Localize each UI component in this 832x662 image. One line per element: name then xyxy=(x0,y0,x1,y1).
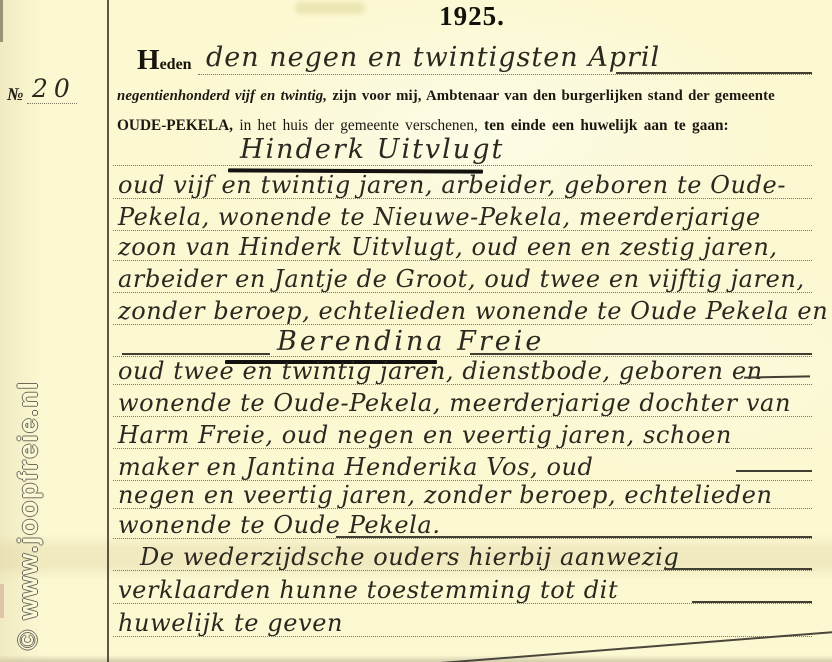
date-handwritten: den negen en twintigsten April xyxy=(206,42,660,74)
intro-line-2: OUDE-PEKELA, in het huis der gemeente ve… xyxy=(117,117,729,135)
handwritten-line: arbeider en Jantje de Groot, oud twee en… xyxy=(118,264,805,294)
handwritten-line: Pekela, wonende te Nieuwe-Pekela, meerde… xyxy=(118,202,761,232)
intro2-middle: in het huis der gemeente verschenen, xyxy=(233,117,484,134)
ink-bleed-smudge xyxy=(295,2,365,14)
handwritten-line: verklaarden hunne toestemming tot dit xyxy=(118,575,618,605)
scan-edge-artifact xyxy=(0,0,3,42)
intro-year-words: negentienhonderd vijf en twintig, xyxy=(117,88,327,104)
baseline-rule xyxy=(113,636,812,637)
intro-rest: zijn voor mij, Ambtenaar van den burgerl… xyxy=(327,88,775,104)
bride-name-left-line xyxy=(122,353,270,355)
baseline-rule xyxy=(113,230,812,231)
end-dash xyxy=(736,470,812,472)
handwritten-line: De wederzijdsche ouders hierbij aanwezig xyxy=(140,542,679,572)
watermark-text: © www.joopfreie.nl xyxy=(13,381,44,650)
handwritten-line: huwelijk te geven xyxy=(118,608,343,638)
handwritten-line: maker en Jantina Henderika Vos, oud xyxy=(118,452,594,482)
heden-initial: H xyxy=(137,44,160,76)
tail-line xyxy=(336,536,812,538)
date-solid-line xyxy=(616,72,812,74)
groom-name: Hinderk Uitvlugt xyxy=(240,134,504,166)
baseline-rule xyxy=(113,384,812,385)
baseline-rule xyxy=(113,508,812,509)
heden-rest: eden xyxy=(160,56,192,73)
record-number-label: № xyxy=(7,84,23,105)
handwritten-line: zonder beroep, echtelieden wonende te Ou… xyxy=(118,296,828,326)
baseline-rule xyxy=(113,416,812,417)
year-heading: 1925. xyxy=(402,1,542,32)
baseline-rule xyxy=(113,260,812,261)
handwritten-line: Harm Freie, oud negen en veertig jaren, … xyxy=(118,420,732,450)
handwritten-line: zoon van Hinderk Uitvlugt, oud een en ze… xyxy=(118,232,778,262)
baseline-rule xyxy=(113,324,812,325)
tail-line xyxy=(692,601,812,603)
baseline-rule xyxy=(113,448,812,449)
date-baseline-rule xyxy=(198,74,812,75)
baseline-rule xyxy=(113,570,812,571)
baseline-rule xyxy=(113,538,812,539)
end-dash xyxy=(744,375,810,378)
heden-word: Heden xyxy=(137,44,192,77)
intro2-bold: ten einde een huwelijk aan te gaan: xyxy=(484,117,728,134)
handwritten-line: oud twee en twintig jaren, dienstbode, g… xyxy=(118,356,763,386)
bride-name: Berendina Freie xyxy=(277,326,544,358)
baseline-rule xyxy=(113,198,812,199)
handwritten-line: negen en veertig jaren, zonder beroep, e… xyxy=(118,480,773,510)
municipality-name: OUDE-PEKELA, xyxy=(117,117,233,134)
intro-line-1: negentienhonderd vijf en twintig, zijn v… xyxy=(117,88,775,105)
baseline-rule xyxy=(113,292,812,293)
handwritten-line: oud vijf en twintig jaren, arbeider, geb… xyxy=(118,170,786,200)
baseline-rule xyxy=(113,603,812,604)
margin-rule xyxy=(107,0,109,662)
handwritten-line: wonende te Oude-Pekela, meerderjarige do… xyxy=(118,388,791,418)
record-number-value: 20 xyxy=(32,74,76,103)
scan-edge-stain xyxy=(0,584,4,618)
tail-line xyxy=(664,568,812,570)
document-page: © www.joopfreie.nl 1925. № 20 Heden den … xyxy=(0,0,832,662)
record-number-underline xyxy=(27,103,77,104)
